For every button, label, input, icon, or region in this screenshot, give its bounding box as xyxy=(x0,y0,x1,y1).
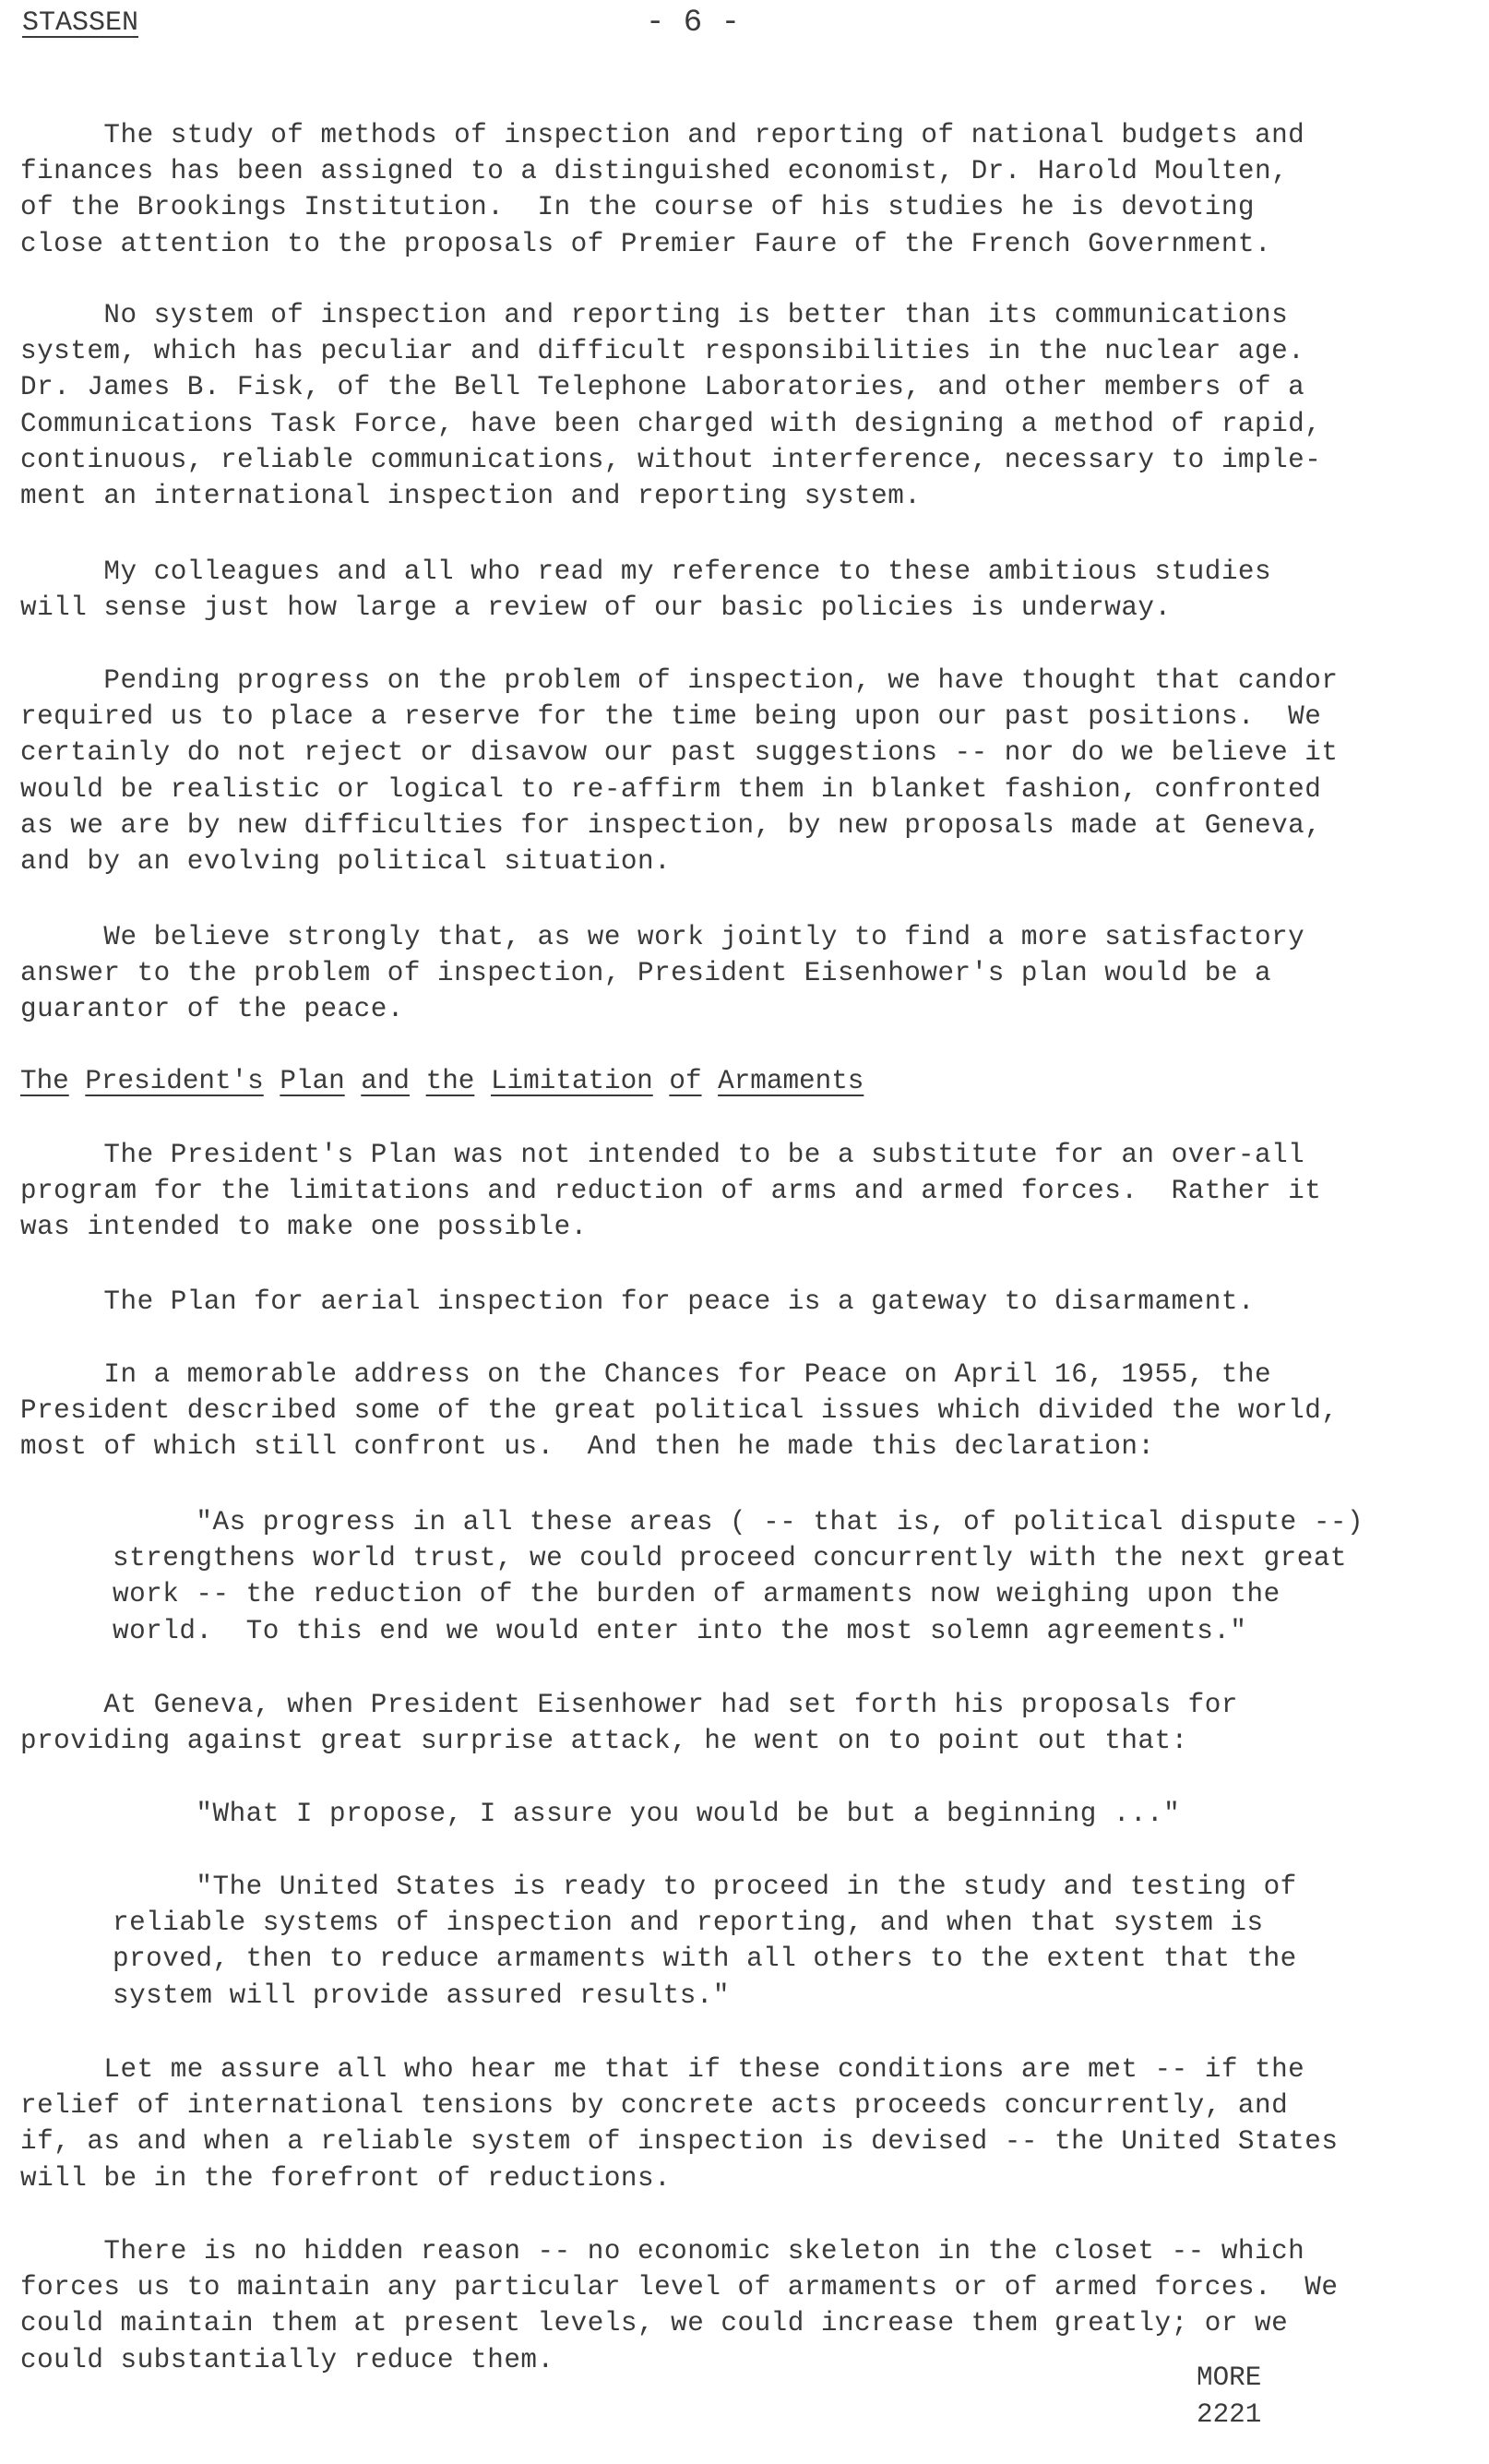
text-line: was intended to make one possible. xyxy=(20,1209,1478,1245)
text-line: "As progress in all these areas ( -- tha… xyxy=(113,1504,1489,1540)
text-line: guarantor of the peace. xyxy=(20,991,1478,1027)
heading-word: of xyxy=(669,1066,701,1096)
text-line: close attention to the proposals of Prem… xyxy=(20,226,1478,262)
paragraph-p7: The Plan for aerial inspection for peace… xyxy=(20,1284,1478,1320)
text-line: forces us to maintain any particular lev… xyxy=(20,2269,1478,2305)
paragraph-p3: My colleagues and all who read my refere… xyxy=(20,554,1478,626)
heading-word: Plan xyxy=(280,1066,344,1096)
section-heading: The President's Plan and the Limitation … xyxy=(20,1063,864,1099)
document-page: STASSEN - 6 - The study of methods of in… xyxy=(0,0,1489,2464)
text-line: relief of international tensions by conc… xyxy=(20,2087,1478,2123)
text-line: No system of inspection and reporting is… xyxy=(20,297,1478,333)
text-line: "What I propose, I assure you would be b… xyxy=(113,1796,1489,1832)
heading-word: The xyxy=(20,1066,69,1096)
heading-word: Armaments xyxy=(718,1066,864,1096)
text-line: President described some of the great po… xyxy=(20,1393,1478,1429)
paragraph-p2: No system of inspection and reporting is… xyxy=(20,297,1478,514)
text-line: will be in the forefront of reductions. xyxy=(20,2160,1478,2196)
text-line: reliable systems of inspection and repor… xyxy=(113,1905,1489,1941)
text-line: work -- the reduction of the burden of a… xyxy=(113,1576,1489,1612)
text-line: Dr. James B. Fisk, of the Bell Telephone… xyxy=(20,369,1478,405)
paragraph-p6: The President's Plan was not intended to… xyxy=(20,1137,1478,1246)
text-line: ment an international inspection and rep… xyxy=(20,478,1478,514)
text-line: system, which has peculiar and difficult… xyxy=(20,333,1478,369)
text-line: will sense just how large a review of ou… xyxy=(20,590,1478,626)
text-line: of the Brookings Institution. In the cou… xyxy=(20,189,1478,225)
paragraph-p5: We believe strongly that, as we work joi… xyxy=(20,919,1478,1028)
paragraph-p11: There is no hidden reason -- no economic… xyxy=(20,2233,1478,2378)
text-line: world. To this end we would enter into t… xyxy=(113,1613,1489,1649)
text-line: would be realistic or logical to re-affi… xyxy=(20,771,1478,807)
text-line: and by an evolving political situation. xyxy=(20,843,1478,879)
heading-word: Limitation xyxy=(491,1066,653,1096)
text-line: answer to the problem of inspection, Pre… xyxy=(20,955,1478,991)
paragraph-p1: The study of methods of inspection and r… xyxy=(20,117,1478,262)
text-line: In a memorable address on the Chances fo… xyxy=(20,1357,1478,1393)
text-line: as we are by new difficulties for inspec… xyxy=(20,807,1478,843)
text-line: continuous, reliable communications, wit… xyxy=(20,442,1478,478)
text-line: At Geneva, when President Eisenhower had… xyxy=(20,1687,1478,1723)
paragraph-q3: "The United States is ready to proceed i… xyxy=(113,1869,1489,2014)
text-line: The Plan for aerial inspection for peace… xyxy=(20,1284,1478,1320)
page-number: - 6 - xyxy=(646,6,740,41)
text-line: Pending progress on the problem of inspe… xyxy=(20,663,1478,699)
paragraph-q1: "As progress in all these areas ( -- tha… xyxy=(113,1504,1489,1649)
text-line: most of which still confront us. And the… xyxy=(20,1429,1478,1465)
paragraph-p10: Let me assure all who hear me that if th… xyxy=(20,2051,1478,2196)
paragraph-q2: "What I propose, I assure you would be b… xyxy=(113,1796,1489,1832)
heading-word: the xyxy=(426,1066,475,1096)
text-line: finances has been assigned to a distingu… xyxy=(20,153,1478,189)
text-line: proved, then to reduce armaments with al… xyxy=(113,1941,1489,1977)
text-line: program for the limitations and reductio… xyxy=(20,1173,1478,1209)
paragraph-p9: At Geneva, when President Eisenhower had… xyxy=(20,1687,1478,1759)
text-line: providing against great surprise attack,… xyxy=(20,1723,1478,1759)
text-line: Communications Task Force, have been cha… xyxy=(20,406,1478,442)
text-line: required us to place a reserve for the t… xyxy=(20,699,1478,735)
heading-word: President's xyxy=(85,1066,263,1096)
footer-more-label: MORE xyxy=(1197,2362,1261,2393)
text-line: My colleagues and all who read my refere… xyxy=(20,554,1478,590)
footer-document-code: 2221 xyxy=(1197,2399,1261,2430)
text-line: certainly do not reject or disavow our p… xyxy=(20,735,1478,771)
text-line: could maintain them at present levels, w… xyxy=(20,2305,1478,2341)
text-line: We believe strongly that, as we work joi… xyxy=(20,919,1478,955)
text-line: Let me assure all who hear me that if th… xyxy=(20,2051,1478,2087)
text-line: if, as and when a reliable system of ins… xyxy=(20,2123,1478,2159)
paragraph-p8: In a memorable address on the Chances fo… xyxy=(20,1357,1478,1465)
text-line: There is no hidden reason -- no economic… xyxy=(20,2233,1478,2269)
text-line: "The United States is ready to proceed i… xyxy=(113,1869,1489,1905)
paragraph-p4: Pending progress on the problem of inspe… xyxy=(20,663,1478,879)
text-line: The President's Plan was not intended to… xyxy=(20,1137,1478,1173)
text-line: system will provide assured results." xyxy=(113,1978,1489,2014)
text-line: strengthens world trust, we could procee… xyxy=(113,1540,1489,1576)
heading-word: and xyxy=(361,1066,410,1096)
header-author-name: STASSEN xyxy=(22,7,138,39)
text-line: The study of methods of inspection and r… xyxy=(20,117,1478,153)
